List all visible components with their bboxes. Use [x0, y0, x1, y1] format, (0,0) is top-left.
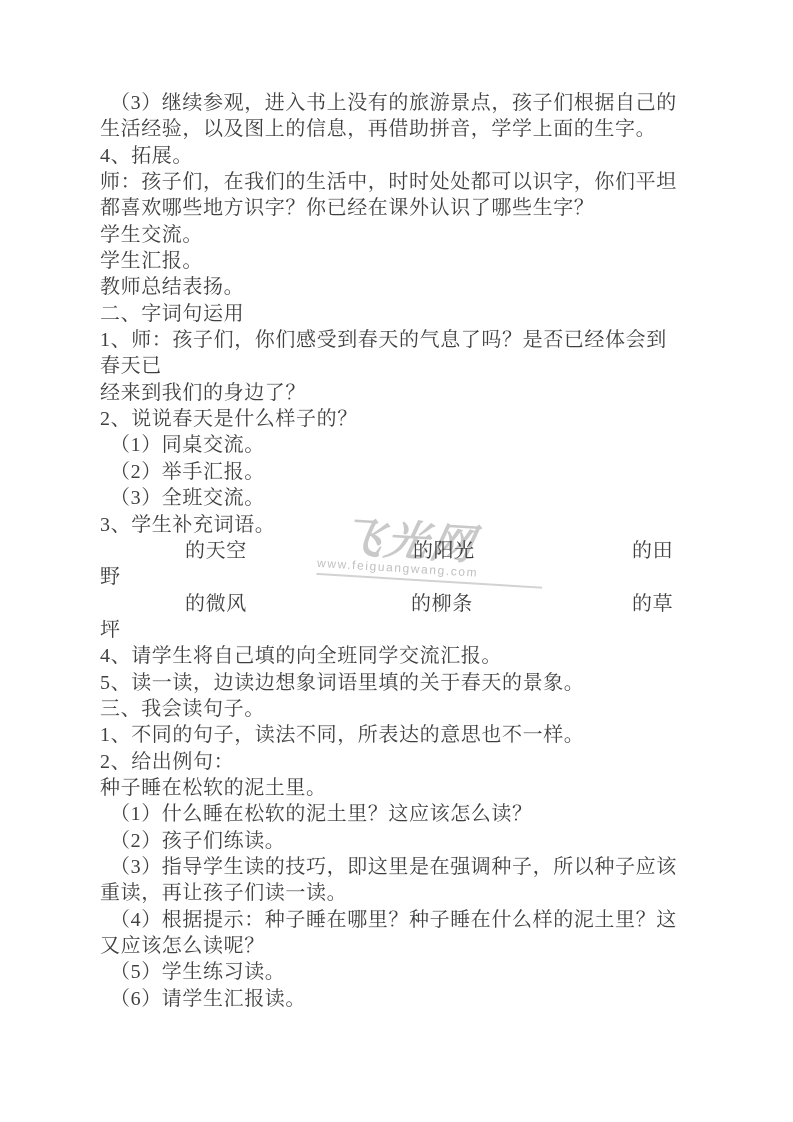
- text-line: 1、不同的句子，读法不同，所表达的意思也不一样。: [100, 722, 705, 748]
- text-line: 5、读一读，边读边想象词语里填的关于春天的景象。: [100, 670, 705, 696]
- fill-in-word: 的微风: [185, 591, 247, 617]
- text-line: 生活经验，以及图上的信息，再借助拼音，学学上面的生字。: [100, 116, 705, 142]
- text-line: 二、字词句运用: [100, 301, 705, 327]
- document-page: 飞光网 www.feiguangwang.com （3）继续参观，进入书上没有的…: [0, 0, 793, 1122]
- text-line: 学生汇报。: [100, 248, 705, 274]
- text-line: （6）请学生汇报读。: [100, 986, 705, 1012]
- text-line: 3、学生补充词语。: [100, 512, 705, 538]
- text-line: 4、拓展。: [100, 143, 705, 169]
- text-line: （1）什么睡在松软的泥土里？这应该怎么读？: [100, 801, 705, 827]
- text-line: 的微风的柳条的草: [100, 591, 705, 617]
- text-line: 重读，再让孩子们读一读。: [100, 880, 705, 906]
- fill-in-word: 的草: [632, 591, 673, 617]
- text-line: 都喜欢哪些地方识字？你已经在课外认识了哪些生字？: [100, 195, 705, 221]
- text-line: 2、给出例句：: [100, 749, 705, 775]
- text-line: 种子睡在松软的泥土里。: [100, 775, 705, 801]
- text-line: 坪: [100, 617, 705, 643]
- text-line: 1、师：孩子们，你们感受到春天的气息了吗？是否已经体会到: [100, 327, 705, 353]
- text-line: 师：孩子们，在我们的生活中，时时处处都可以识字，你们平坦: [100, 169, 705, 195]
- text-line: （3）指导学生读的技巧，即这里是在强调种子，所以种子应该: [100, 854, 705, 880]
- fill-in-word: 的天空: [185, 538, 247, 564]
- text-line: 教师总结表扬。: [100, 274, 705, 300]
- text-line: （3）全班交流。: [100, 485, 705, 511]
- text-line: 又应该怎么读呢？: [100, 933, 705, 959]
- text-line: （2）孩子们练读。: [100, 828, 705, 854]
- text-line: 野: [100, 564, 705, 590]
- fill-in-word: 的柳条: [411, 591, 473, 617]
- text-line: 的天空的阳光的田: [100, 538, 705, 564]
- text-line: （2）举手汇报。: [100, 459, 705, 485]
- text-line: 经来到我们的身边了？: [100, 380, 705, 406]
- text-line: （5）学生练习读。: [100, 959, 705, 985]
- text-line: 春天已: [100, 353, 705, 379]
- fill-in-word: 的阳光: [413, 538, 475, 564]
- text-line: （4）根据提示：种子睡在哪里？种子睡在什么样的泥土里？这: [100, 907, 705, 933]
- text-line: 4、请学生将自己填的向全班同学交流汇报。: [100, 643, 705, 669]
- text-line: （3）继续参观，进入书上没有的旅游景点，孩子们根据自己的: [100, 90, 705, 116]
- text-line: （1）同桌交流。: [100, 432, 705, 458]
- fill-in-word: 的田: [632, 538, 673, 564]
- document-body: （3）继续参观，进入书上没有的旅游景点，孩子们根据自己的生活经验，以及图上的信息…: [100, 90, 705, 1012]
- text-line: 2、说说春天是什么样子的？: [100, 406, 705, 432]
- text-line: 三、我会读句子。: [100, 696, 705, 722]
- text-line: 学生交流。: [100, 222, 705, 248]
